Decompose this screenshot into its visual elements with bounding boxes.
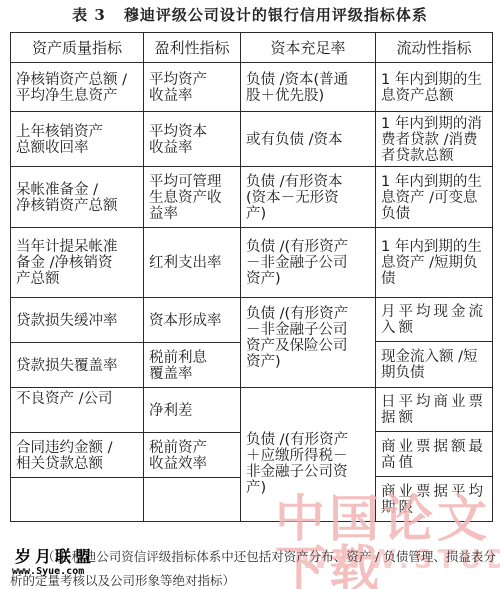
cell-text: 上年核销资产 总额收回率: [16, 124, 103, 156]
cell-text: 负债 /(有形资产 －非金融子公司 资产及保险公司 资产): [246, 306, 348, 370]
cell-text: 平均可管理 生息资产收 益率: [149, 174, 222, 222]
cell-text: 不良资产 /公司: [16, 391, 113, 407]
cell-text: 呆帐准备金 / 净核销资产总额: [16, 182, 118, 214]
liquidity-cell: 1 年内到期的生 息资产 /可变息 负债: [375, 166, 493, 228]
cell-text: 当年计提呆帐准 备金 /净核销资 产总额: [16, 239, 118, 287]
asset-quality-cell: 贷款损失覆盖率: [10, 342, 144, 388]
profitability-cell: 平均资产 收益率: [143, 62, 241, 112]
cell-text: 平均资产 收益率: [149, 72, 207, 104]
header-label: 流动性指标: [396, 40, 471, 56]
liquidity-cell: 1 年内到期的生 息资产 /短期负 债: [375, 227, 493, 298]
asset-quality-cell: 贷款损失缓冲率: [10, 297, 144, 343]
cell-text: 或有负债 /资本: [246, 132, 343, 148]
liquidity-cell: 1 年内到期的生 息资产总额: [375, 62, 493, 112]
header-liquidity: 流动性指标: [375, 32, 493, 63]
cell-text: 净核销资产总额 / 平均净生息资产: [16, 72, 127, 104]
profitability-cell: 净利差: [143, 387, 241, 433]
profitability-cell-empty: [143, 477, 241, 522]
table-number: 表 3: [72, 6, 106, 24]
profitability-cell: 资本形成率: [143, 297, 241, 343]
table-title-text: 穆迪评级公司设计的银行信用评级指标体系: [124, 6, 428, 24]
cell-text: 贷款损失覆盖率: [16, 358, 118, 374]
capital-adequacy-cell: 负债 /有形资本 (资本－无形资 产): [240, 166, 376, 228]
asset-quality-cell: 上年核销资产 总额收回率: [10, 111, 144, 167]
cell-text: 资本形成率: [149, 313, 222, 329]
watermark-black-url: www.Syue.com: [12, 566, 84, 577]
profitability-cell: 税前资产 收益效率: [143, 432, 241, 478]
cell-text: 贷款损失缓冲率: [16, 313, 118, 329]
liquidity-cell: 日平均商业票 据额: [375, 387, 493, 432]
cell-text: 负债 /有形资本 (资本－无形资 产): [246, 174, 343, 222]
header-capital-adequacy: 资本充足率: [240, 32, 376, 63]
asset-quality-cell: 净核销资产总额 / 平均净生息资产: [10, 62, 144, 112]
header-label: 资本充足率: [270, 40, 345, 56]
asset-quality-cell: 不良资产 /公司: [10, 387, 144, 433]
asset-quality-cell: 当年计提呆帐准 备金 /净核销资 产总额: [10, 227, 144, 298]
cell-text: 税前资产 收益效率: [149, 440, 207, 472]
cell-text: 1 年内到期的生 息资产 /短期负 债: [381, 239, 482, 287]
cell-text: 红利支出率: [149, 255, 222, 271]
liquidity-cell: 1 年内到期的消 费者贷款 /消费 者贷款总额: [375, 111, 493, 167]
header-label: 盈利性指标: [154, 40, 229, 56]
profitability-cell: 税前利息 覆盖率: [143, 342, 241, 388]
capital-adequacy-cell: 负债 /资本(普通 股＋优先股): [240, 62, 376, 112]
liquidity-cell: 月平均现金流 入额: [375, 297, 493, 342]
header-asset-quality: 资产质量指标: [10, 32, 144, 63]
header-profitability: 盈利性指标: [143, 32, 241, 63]
cell-text: 月平均现金流 入额: [381, 304, 486, 336]
profitability-cell: 平均资本 收益率: [143, 111, 241, 167]
asset-quality-cell: 合同违约金额 / 相关贷款总额: [10, 432, 144, 478]
cell-text: 日平均商业票 据额: [381, 394, 486, 426]
cell-text: 负债 /资本(普通 股＋优先股): [246, 72, 348, 104]
profitability-cell: 平均可管理 生息资产收 益率: [143, 166, 241, 228]
cell-text: 1 年内到期的生 息资产总额: [381, 72, 482, 104]
cell-text: 负债 /(有形资产 ＋应缴所得税－ 非金融子公司资 产): [246, 432, 348, 496]
asset-quality-cell-empty: [10, 477, 144, 522]
capital-adequacy-cell: 或有负债 /资本: [240, 111, 376, 167]
asset-quality-cell: 呆帐准备金 / 净核销资产总额: [10, 166, 144, 228]
cell-text: 现金流入额 /短 期负债: [381, 349, 478, 381]
cell-text: 1 年内到期的生 息资产 /可变息 负债: [381, 174, 482, 222]
header-label: 资产质量指标: [32, 40, 122, 56]
profitability-cell: 红利支出率: [143, 227, 241, 298]
liquidity-cell: 现金流入额 /短 期负债: [375, 341, 493, 388]
cell-text: 1 年内到期的消 费者贷款 /消费 者贷款总额: [381, 116, 482, 164]
cell-text: 负债 /(有形资产 －非金融子公司 资产): [246, 239, 348, 287]
cell-text: 商业票据额最 高值: [381, 439, 486, 471]
cell-text: 合同违约金额 / 相关贷款总额: [16, 440, 113, 472]
capital-adequacy-cell: 负债 /(有形资产 －非金融子公司 资产及保险公司 资产): [240, 297, 376, 388]
cell-text: 税前利息 覆盖率: [149, 350, 207, 382]
watermark-black-text: 岁月联盟: [15, 548, 95, 565]
cell-text: 平均资本 收益率: [149, 124, 207, 156]
rating-indicator-table: 资产质量指标 盈利性指标 资本充足率 流动性指标 净核销资产总额 / 平均净生息…: [10, 32, 493, 522]
cell-text: 净利差: [149, 403, 193, 419]
liquidity-cell: 商业票据额最 高值: [375, 431, 493, 477]
capital-adequacy-cell: 负债 /(有形资产 －非金融子公司 资产): [240, 227, 376, 298]
table-title: 表 3穆迪评级公司设计的银行信用评级指标体系: [0, 4, 500, 25]
